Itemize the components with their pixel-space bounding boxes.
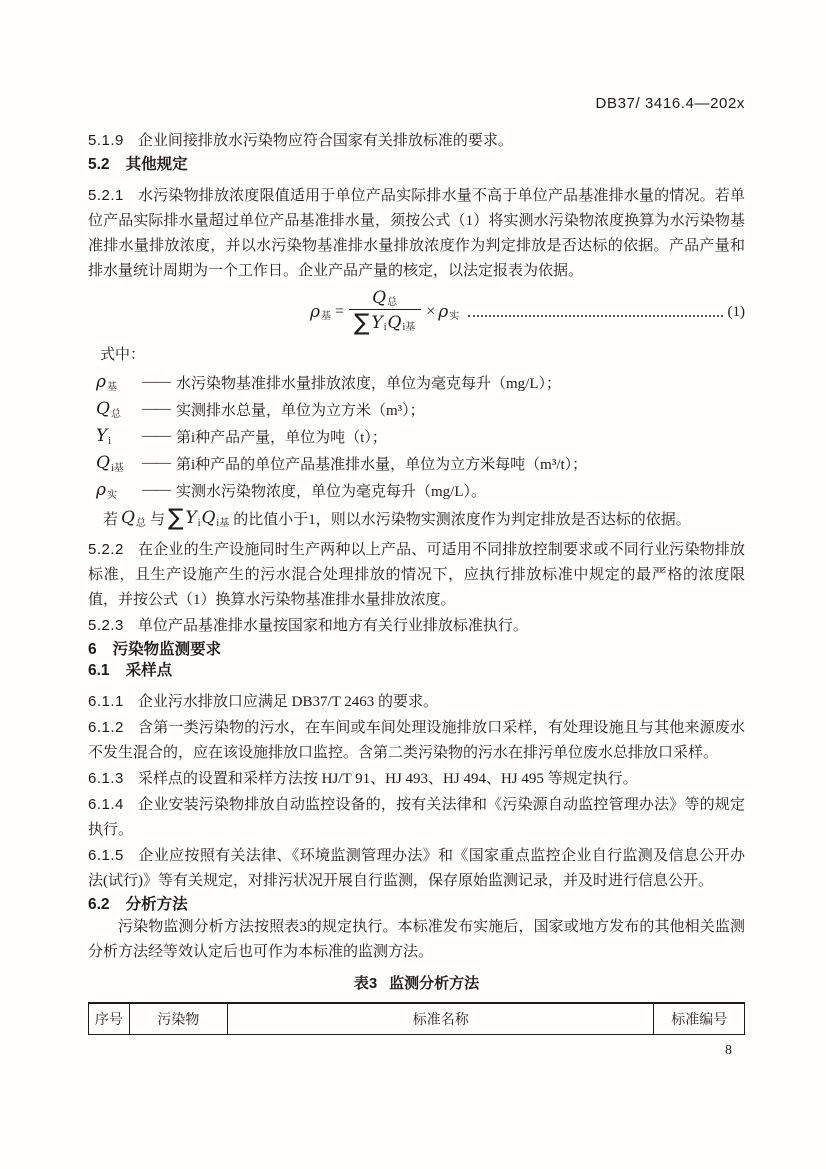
fraction: Q总 ∑YiQi基 [349, 290, 421, 335]
clause-number: 5.2.1 [88, 187, 138, 204]
where-label: 式中： [88, 344, 745, 367]
clause-text: 含第一类污染物的污水，在车间或车间处理设施排放口采样，有处理设施且与其他来源废水… [88, 720, 745, 761]
sum-symbol: ∑ [354, 312, 370, 335]
clause-number: 6.1.1 [88, 693, 138, 710]
heading-title: 其他规定 [126, 156, 188, 173]
equation-number: (1) [728, 304, 746, 321]
sum-symbol: ∑ [168, 507, 184, 530]
clause-number: 6.1.5 [88, 847, 138, 864]
definition-y-i: Yi —— 第i种产品产量，单位为吨（t）； [88, 423, 745, 450]
clause-5-1-9: 5.1.9企业间接排放水污染物应符合国家有关排放标准的要求。 [88, 128, 745, 154]
heading-number: 6.1 [88, 662, 126, 679]
equation-1: ρ基 = Q总 ∑YiQi基 × ρ实 (1) [88, 286, 745, 338]
dotted-leader [468, 315, 722, 317]
heading-number: 6.2 [88, 896, 126, 913]
fraction-numerator: Q总 [364, 290, 406, 309]
col-serial-number: 序号 [89, 1003, 130, 1035]
table3-caption-label: 表3 [354, 973, 377, 994]
clause-5-2-3: 5.2.3单位产品基准排水量按国家和地方有关行业排放标准执行。 [88, 613, 745, 639]
heading-number: 5.2 [88, 156, 126, 173]
ratio-note: 若 Q总 与 ∑YiQi基 的比值小于1，则以水污染物实测浓度作为判定排放是否达… [88, 504, 745, 533]
heading-6: 6污染物监测要求 [88, 639, 745, 660]
heading-6-2: 6.2分析方法 [88, 894, 745, 915]
rho-base-symbol: ρ [310, 304, 320, 321]
clause-number: 6.1.4 [88, 796, 138, 813]
table3-caption-title: 监测分析方法 [389, 973, 479, 994]
heading-title: 分析方法 [126, 896, 188, 913]
table3-header-row: 序号 污染物 标准名称 标准编号 [89, 1003, 745, 1035]
equation-expression: ρ基 = Q总 ∑YiQi基 × ρ实 [310, 290, 460, 335]
col-standard-name: 标准名称 [228, 1003, 654, 1035]
heading-number: 6 [88, 641, 113, 658]
clause-text: 企业间接排放水污染物应符合国家有关排放标准的要求。 [138, 133, 513, 149]
symbol-definitions: ρ基 —— 水污染物基准排水量排放浓度，单位为毫克每升（mg/L）； Q总 ——… [88, 369, 745, 504]
clause-number: 5.2.3 [88, 617, 138, 634]
clause-6-1-4: 6.1.4企业安装污染物排放自动监控设备的，按有关法律和《污染源自动监控管理办法… [88, 792, 745, 843]
clause-text: 企业安装污染物排放自动监控设备的，按有关法律和《污染源自动监控管理办法》等的规定… [88, 797, 745, 838]
definition-q-total: Q总 —— 实测排水总量，单位为立方米（m³）； [88, 396, 745, 423]
definition-rho-base: ρ基 —— 水污染物基准排水量排放浓度，单位为毫克每升（mg/L）； [88, 369, 745, 396]
table3-caption: 表3 监测分析方法 [88, 973, 745, 994]
definition-rho-measured: ρ实 —— 实测水污染物浓度，单位为毫克每升（mg/L）。 [88, 477, 745, 504]
clause-text: 在企业的生产设施同时生产两种以上产品、可适用不同排放控制要求或不同行业污染物排放… [88, 542, 745, 608]
doc-number-header: DB37/ 3416.4—202x [88, 94, 745, 114]
heading-5-2: 5.2其他规定 [88, 154, 745, 175]
heading-title: 采样点 [126, 662, 173, 679]
fraction-denominator: ∑YiQi基 [349, 309, 421, 335]
clause-6-1-5: 6.1.5企业应按照有关法律、《环境监测管理办法》和《国家重点监控企业自行监测及… [88, 843, 745, 894]
col-pollutant: 污染物 [129, 1003, 227, 1035]
clause-5-2-2: 5.2.2在企业的生产设施同时生产两种以上产品、可适用不同排放控制要求或不同行业… [88, 537, 745, 613]
clause-text: 企业污水排放口应满足 DB37/T 2463 的要求。 [138, 694, 438, 710]
clause-6-1-3: 6.1.3采样点的设置和采样方法按 HJ/T 91、HJ 493、HJ 494、… [88, 766, 745, 792]
page-number: 8 [88, 1043, 745, 1059]
clause-6-1-1: 6.1.1企业污水排放口应满足 DB37/T 2463 的要求。 [88, 689, 745, 715]
clause-number: 5.1.9 [88, 132, 138, 149]
definition-q-i-base: Qi基 —— 第i种产品的单位产品基准排水量，单位为立方米每吨（m³/t）； [88, 450, 745, 477]
clause-6-1-2: 6.1.2含第一类污染物的污水，在车间或车间处理设施排放口采样，有处理设施且与其… [88, 715, 745, 766]
clause-text: 单位产品基准排水量按国家和地方有关行业排放标准执行。 [138, 618, 528, 634]
rho-measured-symbol: ρ [438, 304, 448, 321]
heading-6-1: 6.1采样点 [88, 660, 745, 681]
clause-number: 6.1.3 [88, 770, 138, 787]
clause-text: 采样点的设置和采样方法按 HJ/T 91、HJ 493、HJ 494、HJ 49… [138, 771, 638, 787]
clause-number: 6.1.2 [88, 719, 138, 736]
table3-monitoring-methods: 序号 污染物 标准名称 标准编号 [88, 1002, 745, 1035]
col-standard-code: 标准编号 [654, 1003, 745, 1035]
clause-5-2-1: 5.2.1水污染物排放浓度限值适用于单位产品实际排水量不高于单位产品基准排水量的… [88, 183, 745, 284]
clause-text: 企业应按照有关法律、《环境监测管理办法》和《国家重点监控企业自行监测及信息公开办… [88, 848, 745, 889]
heading-title: 污染物监测要求 [113, 641, 222, 658]
clause-number: 5.2.2 [88, 541, 138, 558]
standard-document-page: DB37/ 3416.4—202x 5.1.9企业间接排放水污染物应符合国家有关… [0, 0, 826, 1169]
clause-text: 水污染物排放浓度限值适用于单位产品实际排水量不高于单位产品基准排水量的情况。若单… [88, 188, 745, 279]
paragraph-6-2: 污染物监测分析方法按照表3的规定执行。本标准发布实施后，国家或地方发布的其他相关… [88, 915, 745, 965]
